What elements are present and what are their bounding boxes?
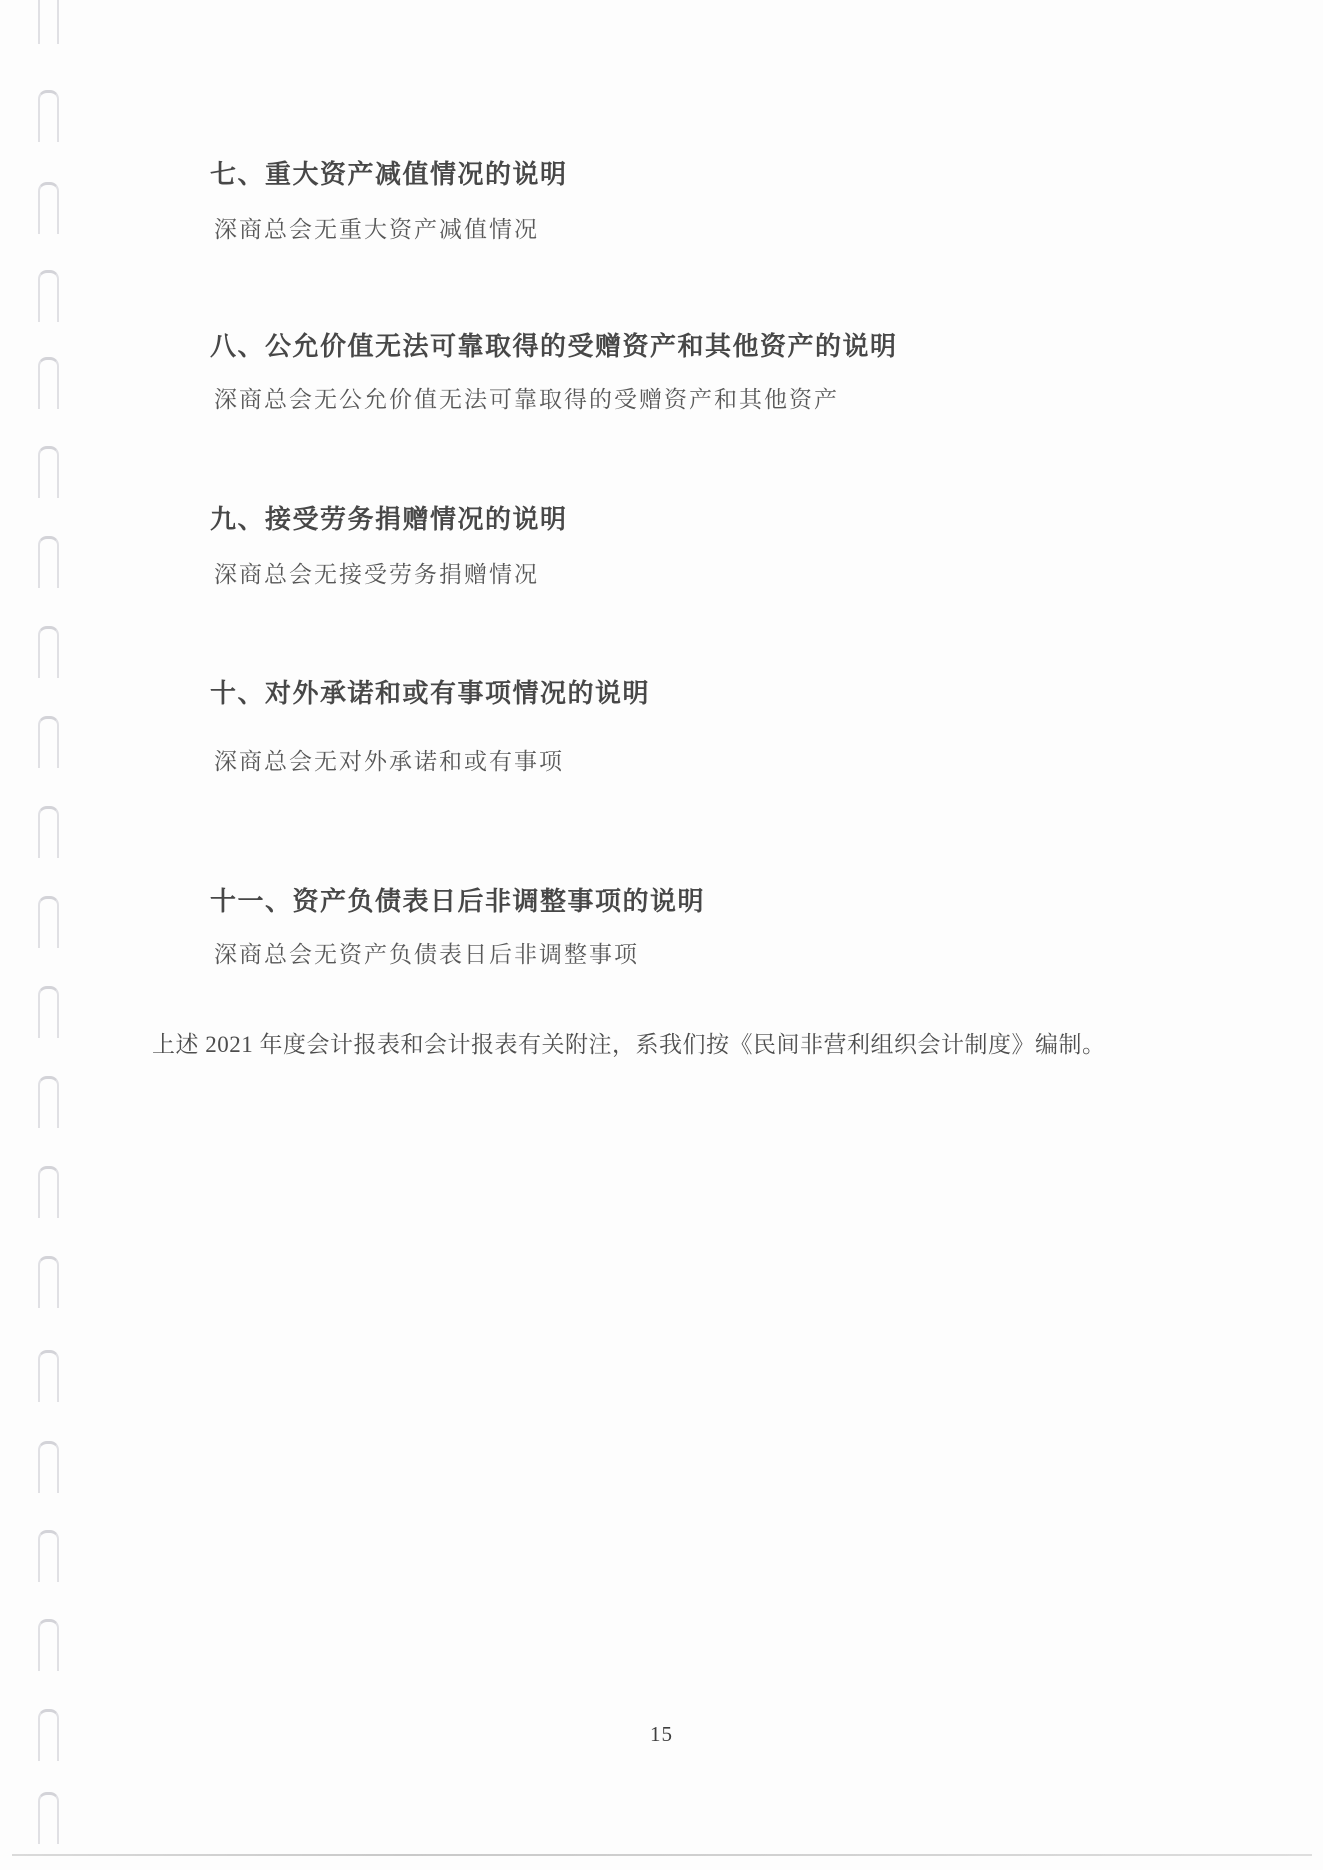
binding-hole xyxy=(38,1792,59,1844)
binding-hole xyxy=(38,716,59,768)
closing-paragraph: 上述 2021 年度会计报表和会计报表有关附注，系我们按《民间非营利组织会计制度… xyxy=(152,1030,1106,1060)
binding-hole xyxy=(38,1441,59,1493)
section-body-10: 深商总会无对外承诺和或有事项 xyxy=(214,747,564,777)
binding-hole xyxy=(38,1256,59,1308)
binding-hole xyxy=(38,1166,59,1218)
binding-hole xyxy=(38,626,59,678)
binding-hole xyxy=(38,182,59,234)
section-heading-7: 七、重大资产减值情况的说明 xyxy=(210,158,568,192)
binding-hole xyxy=(38,357,59,409)
binding-hole xyxy=(38,270,59,322)
section-body-7: 深商总会无重大资产减值情况 xyxy=(214,215,539,245)
section-heading-8: 八、公允价值无法可靠取得的受赠资产和其他资产的说明 xyxy=(210,330,898,364)
section-body-9: 深商总会无接受劳务捐赠情况 xyxy=(214,560,539,590)
page-bottom-scan-line xyxy=(12,1854,1312,1856)
binding-hole xyxy=(38,1530,59,1582)
binding-hole xyxy=(38,90,59,142)
binding-hole xyxy=(38,0,59,44)
section-heading-11: 十一、资产负债表日后非调整事项的说明 xyxy=(210,885,705,919)
binding-hole xyxy=(38,1619,59,1671)
binding-hole xyxy=(38,1350,59,1402)
binding-hole xyxy=(38,446,59,498)
document-page: 七、重大资产减值情况的说明 深商总会无重大资产减值情况 八、公允价值无法可靠取得… xyxy=(0,0,1323,1870)
page-number: 15 xyxy=(0,1722,1323,1747)
section-body-11: 深商总会无资产负债表日后非调整事项 xyxy=(214,940,639,970)
section-body-8: 深商总会无公允价值无法可靠取得的受赠资产和其他资产 xyxy=(214,385,839,415)
section-heading-10: 十、对外承诺和或有事项情况的说明 xyxy=(210,677,650,711)
binding-hole xyxy=(38,536,59,588)
binding-hole xyxy=(38,986,59,1038)
section-heading-9: 九、接受劳务捐赠情况的说明 xyxy=(210,503,568,537)
binding-hole xyxy=(38,896,59,948)
binding-hole xyxy=(38,1076,59,1128)
binding-hole xyxy=(38,806,59,858)
